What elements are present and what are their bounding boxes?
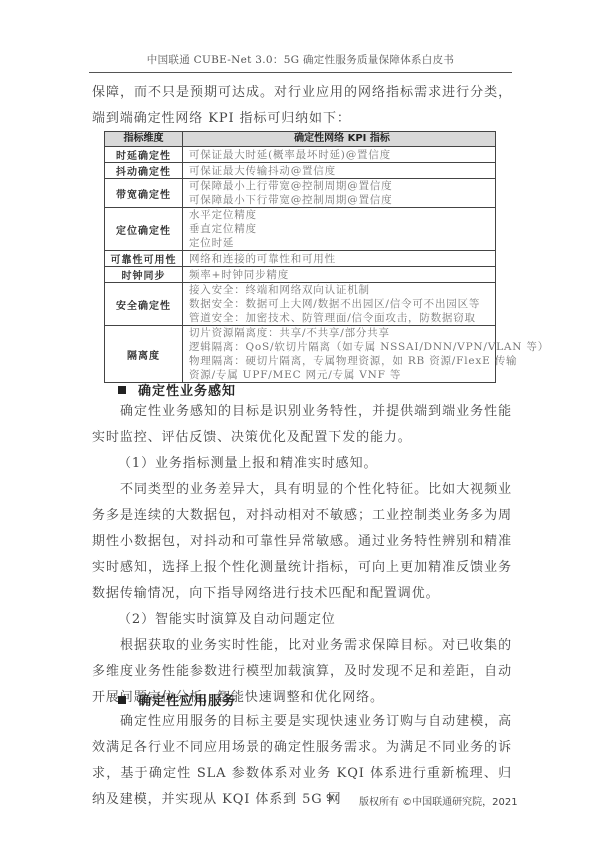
intro-paragraph: 保障，而不只是预期可达成。对行业应用的网络指标需求进行分类，端到端确定性网络 K… [92, 80, 512, 132]
kpi-line: 定位时延 [189, 236, 495, 250]
row-dimension: 时延确定性 [105, 147, 183, 163]
kpi-line: 可保证最大传输抖动@置信度 [189, 164, 495, 178]
table-row: 隔离度 切片资源隔离度：共享/不共享/部分共享 逻辑隔离：QoS/软切片隔离（如… [105, 326, 496, 383]
kpi-line: 水平定位精度 [189, 208, 495, 222]
kpi-line: 垂直定位精度 [189, 222, 495, 236]
header-divider [89, 72, 512, 73]
table-row: 定位确定性 水平定位精度 垂直定位精度 定位时延 [105, 208, 496, 251]
section-heading-text: 确定性业务感知 [138, 384, 236, 399]
row-dimension: 抖动确定性 [105, 163, 183, 179]
kpi-line: 接入安全：终端和网络双向认证机制 [189, 283, 495, 297]
row-dimension: 带宽确定性 [105, 179, 183, 208]
subheading-1: （1）业务指标测量上报和精准实时感知。 [118, 451, 377, 477]
kpi-line: 可保障最小下行带宽@控制周期@置信度 [189, 193, 495, 207]
kpi-line: 数据安全：数据可上大网/数据不出园区/信令可不出园区等 [189, 297, 495, 311]
row-values: 可保障最小上行带宽@控制周期@置信度 可保障最小下行带宽@控制周期@置信度 [183, 179, 496, 208]
subheading-2: （2）智能实时演算及自动问题定位 [118, 607, 336, 633]
kpi-line: 逻辑隔离：QoS/软切片隔离（如专属 NSSAI/DNN/VPN/VLAN 等） [189, 340, 495, 354]
section1-paragraph-1: 确定性业务感知的目标是识别业务特性，并提供端到端业务性能实时监控、评估反馈、决策… [92, 399, 512, 451]
table-row: 安全确定性 接入安全：终端和网络双向认证机制 数据安全：数据可上大网/数据不出园… [105, 283, 496, 326]
row-dimension: 隔离度 [105, 326, 183, 383]
row-values: 接入安全：终端和网络双向认证机制 数据安全：数据可上大网/数据不出园区/信令可不… [183, 283, 496, 326]
kpi-line: 物理隔离：硬切片隔离，专属物理资源，如 RB 资源/FlexE 传输 [189, 354, 495, 368]
row-dimension: 可靠性可用性 [105, 251, 183, 267]
kpi-line: 切片资源隔离度：共享/不共享/部分共享 [189, 326, 495, 340]
page-number: 9 [326, 793, 332, 804]
section-heading-application-service: 确定性应用服务 [118, 690, 236, 709]
row-values: 频率+时钟同步精度 [183, 267, 496, 283]
square-bullet-icon [118, 696, 126, 704]
row-values: 水平定位精度 垂直定位精度 定位时延 [183, 208, 496, 251]
kpi-line: 可保障最小上行带宽@控制周期@置信度 [189, 179, 495, 193]
table-header-dimension: 指标维度 [105, 132, 183, 147]
copyright-notice: 版权所有 ©中国联通研究院，2021 [359, 793, 518, 808]
table-row: 带宽确定性 可保障最小上行带宽@控制周期@置信度 可保障最小下行带宽@控制周期@… [105, 179, 496, 208]
section1-paragraph-2: 不同类型的业务差异大，具有明显的个性化特征。比如大视频业务多是连续的大数据包，对… [92, 477, 512, 607]
row-values: 切片资源隔离度：共享/不共享/部分共享 逻辑隔离：QoS/软切片隔离（如专属 N… [183, 326, 496, 383]
table-row: 时钟同步 频率+时钟同步精度 [105, 267, 496, 283]
row-dimension: 时钟同步 [105, 267, 183, 283]
row-values: 可保证最大传输抖动@置信度 [183, 163, 496, 179]
table-row: 时延确定性 可保证最大时延(概率最坏时延)@置信度 [105, 147, 496, 163]
running-header: 中国联通 CUBE-Net 3.0：5G 确定性服务质量保障体系白皮书 [89, 52, 512, 67]
kpi-line: 频率+时钟同步精度 [189, 268, 495, 282]
table-row: 抖动确定性 可保证最大传输抖动@置信度 [105, 163, 496, 179]
square-bullet-icon [118, 386, 126, 394]
kpi-line: 管道安全：加密技术、防管理面/信令面攻击，防数据窃取 [189, 311, 495, 325]
row-values: 可保证最大时延(概率最坏时延)@置信度 [183, 147, 496, 163]
kpi-line: 可保证最大时延(概率最坏时延)@置信度 [189, 148, 495, 162]
row-dimension: 安全确定性 [105, 283, 183, 326]
table-header-kpi: 确定性网络 KPI 指标 [183, 132, 496, 147]
table-header-row: 指标维度 确定性网络 KPI 指标 [105, 132, 496, 147]
kpi-line: 网络和连接的可靠性和可用性 [189, 252, 495, 266]
row-values: 网络和连接的可靠性和可用性 [183, 251, 496, 267]
row-dimension: 定位确定性 [105, 208, 183, 251]
table-row: 可靠性可用性 网络和连接的可靠性和可用性 [105, 251, 496, 267]
section-heading-business-awareness: 确定性业务感知 [118, 380, 236, 399]
kpi-table: 指标维度 确定性网络 KPI 指标 时延确定性 可保证最大时延(概率最坏时延)@… [104, 131, 496, 383]
section-heading-text: 确定性应用服务 [138, 694, 236, 709]
